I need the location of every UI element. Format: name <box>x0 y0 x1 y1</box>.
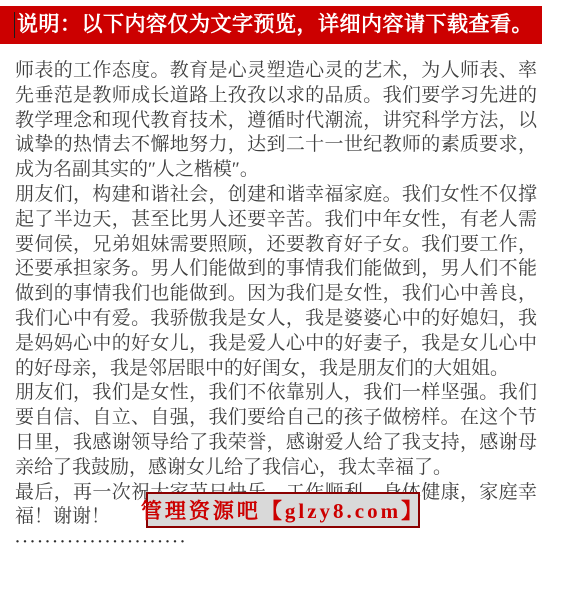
document-preview-page: 说明：以下内容仅为文字预览，详细内容请下载查看。 师表的工作态度。教育是心灵塑造… <box>0 0 578 600</box>
paragraph-women-strength: 朋友们，我们是女性，我们不依靠别人，我们一样坚强。我们要自信、自立、自强，我们要… <box>15 381 537 480</box>
watermark-box: 管理资源吧【glzy8.com】 <box>146 492 420 528</box>
document-body: 师表的工作态度。教育是心灵塑造心灵的艺术，为人师表、率先垂范是教师成长道路上孜孜… <box>15 59 537 555</box>
notice-banner: 说明：以下内容仅为文字预览，详细内容请下载查看。 <box>0 6 542 44</box>
trailing-dots: ······················· <box>15 530 537 555</box>
notice-banner-text: 说明：以下内容仅为文字预览，详细内容请下载查看。 <box>17 13 533 36</box>
paragraph-teacher-ethics: 师表的工作态度。教育是心灵塑造心灵的艺术，为人师表、率先垂范是教师成长道路上孜孜… <box>15 59 537 183</box>
text-cursor <box>14 12 15 38</box>
paragraph-women-harmony: 朋友们，构建和谐社会，创建和谐幸福家庭。我们女性不仅撑起了半边天，甚至比男人还要… <box>15 183 537 381</box>
watermark-text: 管理资源吧【glzy8.com】 <box>141 495 425 525</box>
